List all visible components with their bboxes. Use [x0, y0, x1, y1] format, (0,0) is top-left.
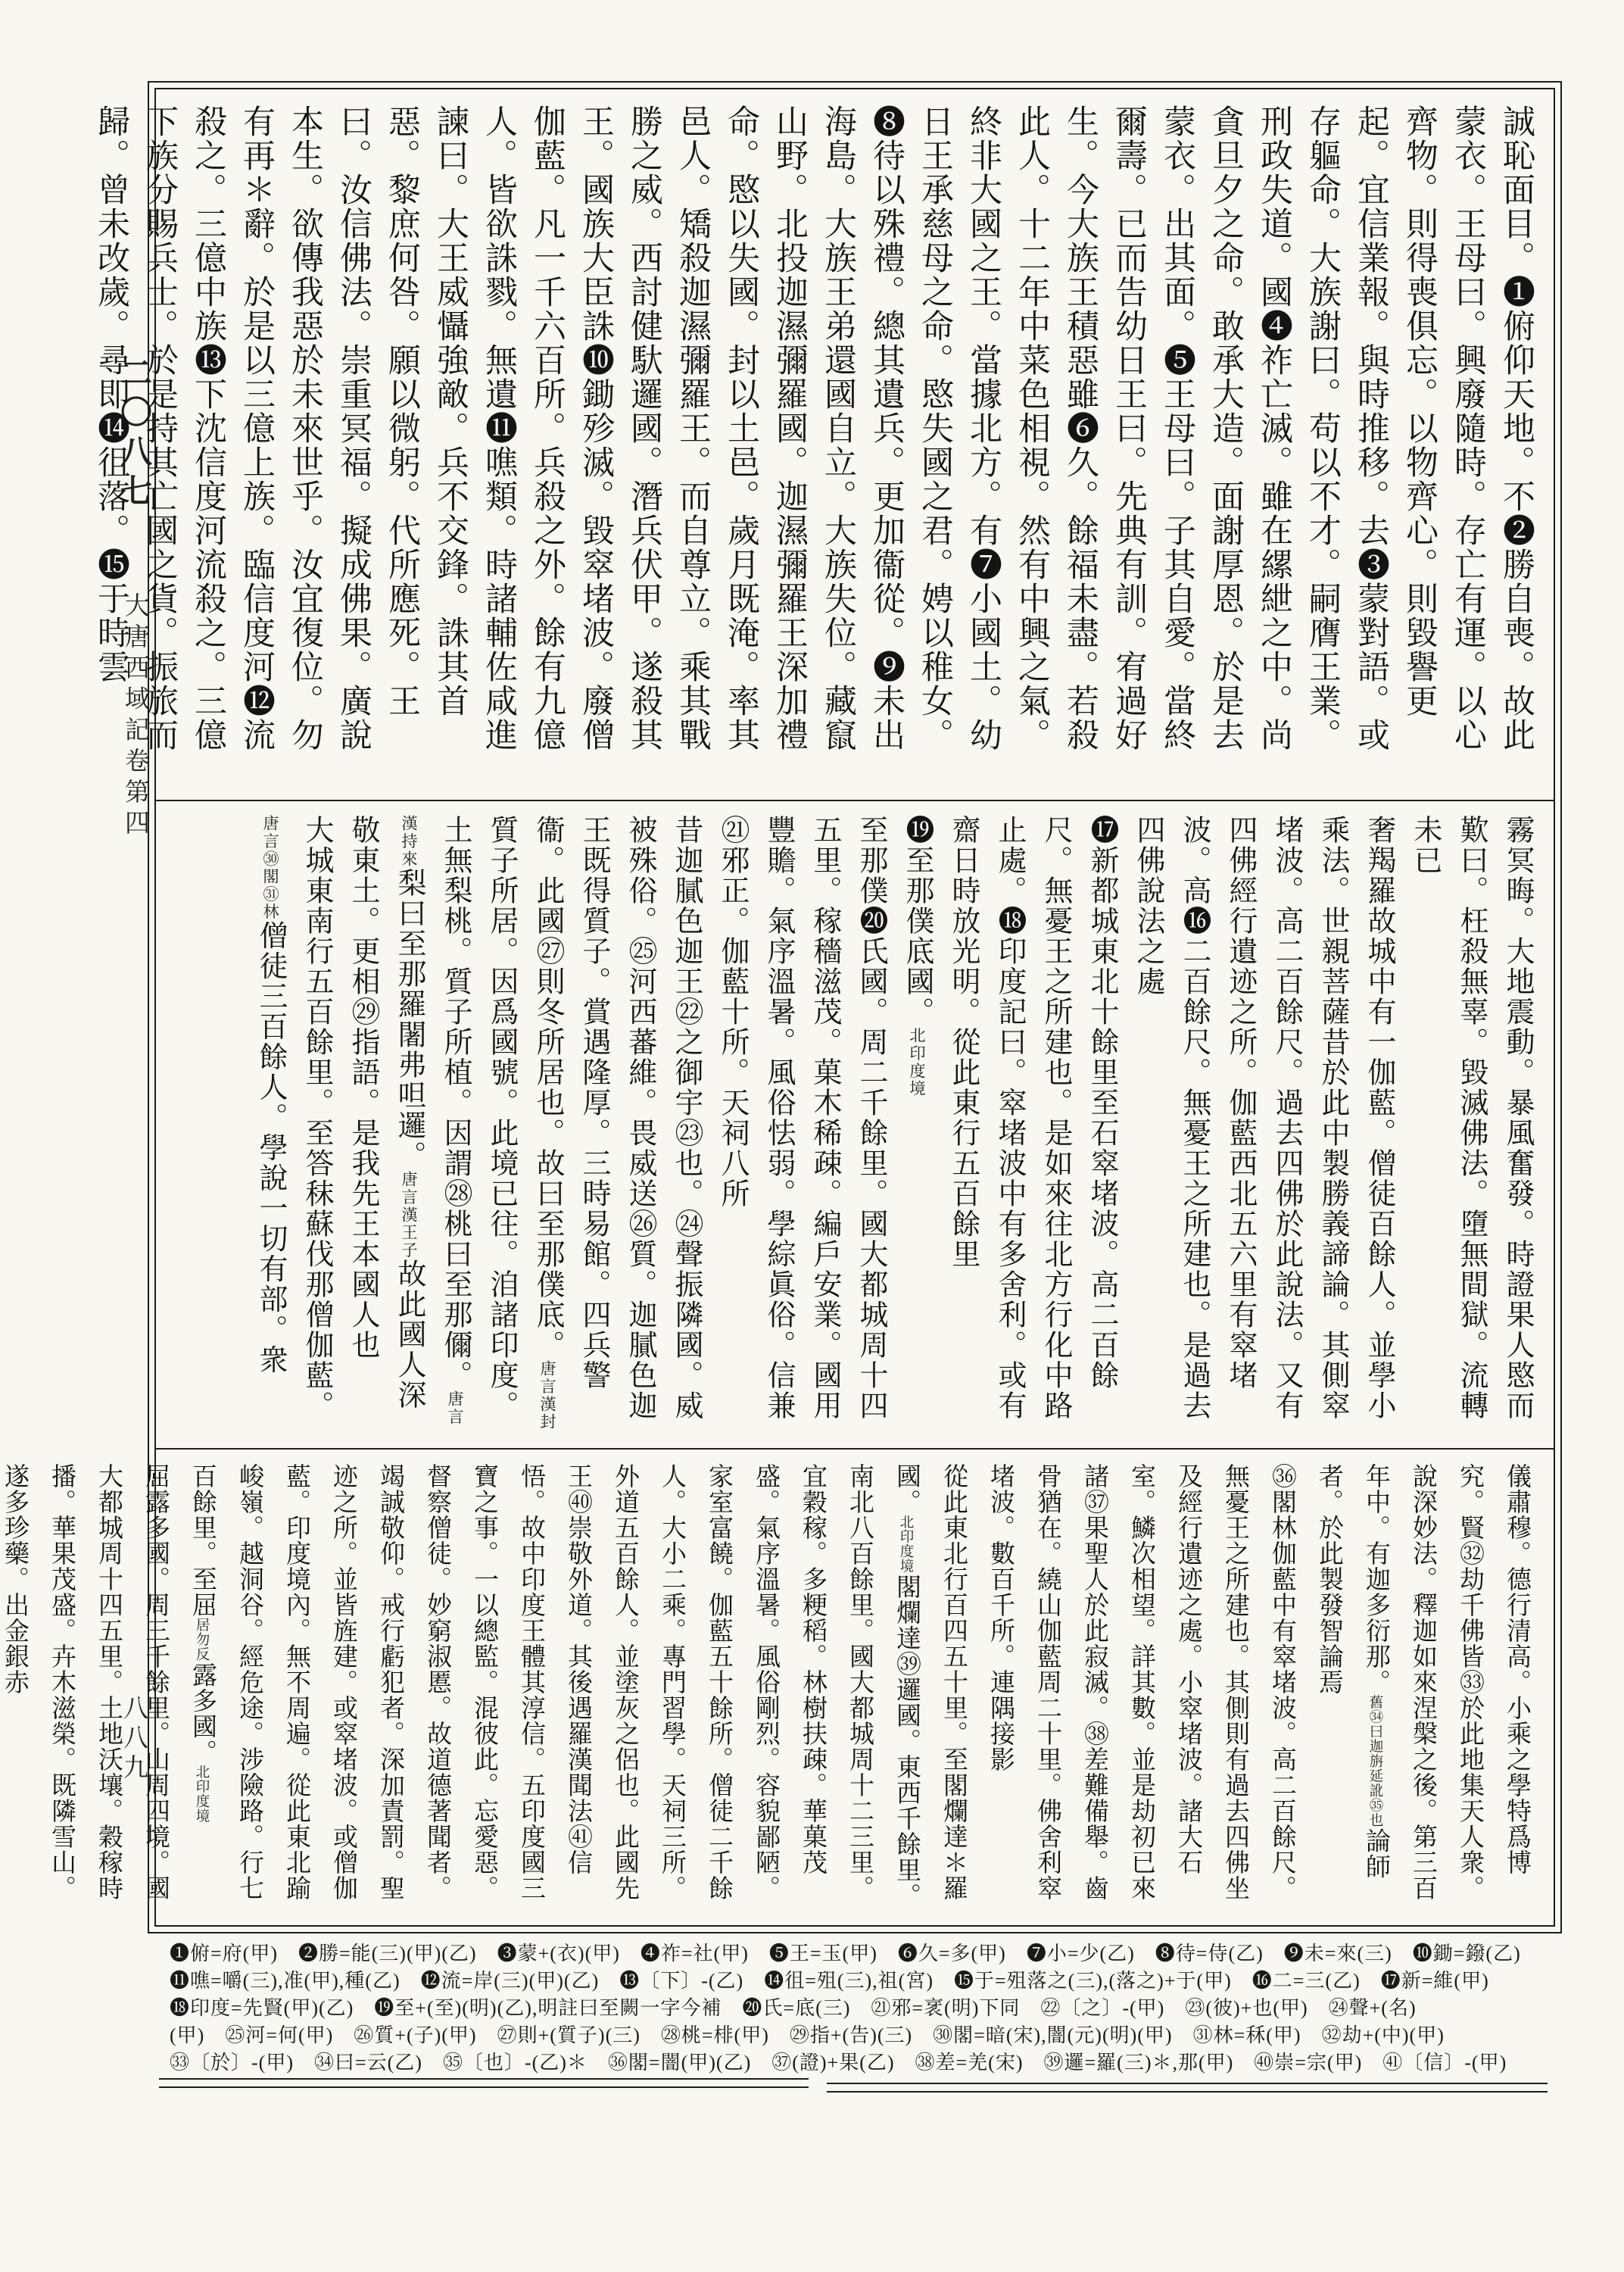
text-paragraph: ⓳至那僕底國。北印度境 — [893, 815, 940, 1434]
footnote-line: ⓲印度=先賢(甲)(乙) ⓳至+(至)(明)(乙),明註曰至闕一字今補 ⓴氏=底… — [170, 1995, 1548, 2022]
text-paragraph: 至那僕⓴氏國。周二千餘里。國大都城周十四五里。稼穡滋茂。菓木稀疎。編戶安業。國用… — [709, 815, 893, 1434]
text-paragraph: 大城東南行五百餘里。至答秣蘇伐那僧伽藍。唐言㉚閣㉛林僧徒三百餘人。學說一切有部。… — [247, 815, 339, 1434]
text-paragraph: 霧冥晦。大地震動。暴風奮發。時證果人愍而歎曰。枉殺無辜。毀滅佛法。墮無間獄。流轉… — [1401, 815, 1540, 1434]
text-paragraph: 昔迦膩色迦王㉒之御宇㉓也。㉔聲振隣國。威被殊俗。㉕河西蕃維。畏威送㉖質。迦膩色迦… — [339, 815, 709, 1434]
main-text: 誠恥面目。❶俯仰天地。不❷勝自喪。故此蒙衣。王母曰。興廢隨時。存亡有運。以心齊物… — [93, 105, 1534, 752]
main-text: 至那僕⓴氏國。周二千餘里。國大都城周十四五里。稼穡滋茂。菓木稀疎。編戶安業。國用… — [716, 815, 887, 1421]
text-paragraph: 儀肅穆。德行清高。小乘之學特爲博究。賢㉜劫千佛皆㉝於此地集天人衆。說深妙法。釋迦… — [1305, 1463, 1540, 1912]
text-paragraph: 奢羯羅故城中有一伽藍。僧徒百餘人。並學小乘法。世親菩薩昔於此中製勝義諦論。其側窣… — [1124, 815, 1401, 1434]
main-text: 屈露多國。周三千餘里。山周四境。國大都城周十四五里。土地沃壤。穀稼時播。華果茂盛… — [1, 1463, 169, 1901]
register-middle: 霧冥晦。大地震動。暴風奮發。時證果人愍而歎曰。枉殺無辜。毀滅佛法。墮無間獄。流轉… — [170, 815, 1540, 1434]
main-text: 閣爛達㊴邏國。東西千餘里。南北八百餘里。國大都城周十二三里。宜穀稼。多粳稻。林樹… — [189, 1463, 920, 1908]
main-text: ㊱閣林伽藍中有窣堵波。高二百餘尺。無憂王之所建也。其側則有過去四佛坐及經行遺迹之… — [987, 1463, 1295, 1901]
interlinear-note: 北印度境 — [899, 1515, 914, 1574]
main-text: 露多國。 — [189, 1662, 216, 1765]
bottom-rule — [827, 2083, 1548, 2093]
text-paragraph: 從此東北行百四五十里。至閣爛達＊羅國。北印度境閣爛達㊴邏國。東西千餘里。南北八百… — [179, 1463, 977, 1912]
footnotes: ❶俯=府(甲) ❷勝=能(三)(甲)(乙) ❸蒙+(衣)(甲) ❹祚=社(甲) … — [170, 1940, 1548, 2077]
main-text: ⓱新都城東北十餘里至石窣堵波。高二百餘尺。無憂王之所建也。是如來往北方行化中路止… — [947, 815, 1117, 1421]
interlinear-note: 唐言漢王子 — [400, 1171, 418, 1259]
text-frame: 誠恥面目。❶俯仰天地。不❷勝自喪。故此蒙衣。王母曰。興廢隨時。存亡有運。以心齊物… — [154, 88, 1555, 1927]
main-text: 昔迦膩色迦王㉒之御宇㉓也。㉔聲振隣國。威被殊俗。㉕河西蕃維。畏威送㉖質。迦膩色迦… — [531, 815, 702, 1421]
register-top: 誠恥面目。❶俯仰天地。不❷勝自喪。故此蒙衣。王母曰。興廢隨時。存亡有運。以心齊物… — [170, 105, 1540, 785]
text-paragraph: ㊱閣林伽藍中有窣堵波。高二百餘尺。無憂王之所建也。其側則有過去四佛坐及經行遺迹之… — [977, 1463, 1305, 1912]
interlinear-note: 居勿反 — [195, 1618, 210, 1662]
bottom-rule — [159, 2078, 809, 2088]
text-paragraph: 屈露多國。周三千餘里。山周四境。國大都城周十四五里。土地沃壤。穀稼時播。華果茂盛… — [0, 1463, 179, 1912]
register-bottom: 儀肅穆。德行清高。小乘之學特爲博究。賢㉜劫千佛皆㉝於此地集天人衆。說深妙法。釋迦… — [170, 1463, 1540, 1912]
main-text: 質子所居。因爲國號。此境已往。洎諸印度。土無梨桃。質子所植。因謂㉘桃曰至那儞。 — [439, 815, 517, 1421]
main-text: ⓳至那僕底國。 — [901, 815, 933, 1027]
footnote-line: ㉝〔於〕-(甲) ㉞曰=云(乙) ㉟〔也〕-(乙)＊ ㊱閣=闇(甲)(乙) ㊲(… — [170, 2049, 1548, 2077]
main-text: 僧徒三百餘人。學說一切有部。衆 — [254, 921, 286, 1375]
text-paragraph: ⓱新都城東北十餘里至石窣堵波。高二百餘尺。無憂王之所建也。是如來往北方行化中路止… — [940, 815, 1124, 1434]
interlinear-note: 舊㉞曰迦旃延訛㉟也 — [1368, 1695, 1383, 1827]
footnote-line: ⓫噍=嚼(三),准(甲),種(乙) ⓬流=岸(三)(甲)(乙) ⓭〔下〕-(乙)… — [170, 1968, 1548, 1995]
main-text: 大城東南行五百餘里。至答秣蘇伐那僧伽藍。 — [301, 815, 332, 1421]
register-divider — [156, 800, 1554, 801]
interlinear-note: 唐言漢封 — [538, 1360, 556, 1431]
footnote-line: ❶俯=府(甲) ❷勝=能(三)(甲)(乙) ❸蒙+(衣)(甲) ❹祚=社(甲) … — [170, 1940, 1548, 1968]
main-text: 霧冥晦。大地震動。暴風奮發。時證果人愍而歎曰。枉殺無辜。毀滅佛法。墮無間獄。流轉… — [1409, 815, 1533, 1421]
footnote-line: (甲) ㉕河=何(甲) ㉖質+(子)(甲) ㉗則+(質子)(三) ㉘桃=棑(甲)… — [170, 2022, 1548, 2049]
main-text: 奢羯羅故城中有一伽藍。僧徒百餘人。並學小乘法。世親菩薩昔於此中製勝義諦論。其側窣… — [1132, 815, 1395, 1421]
taisho-canon-page: { "page": { "series_number": "二〇八七", "wo… — [0, 0, 1624, 2272]
interlinear-note: 北印度境 — [908, 1027, 926, 1097]
interlinear-note: 唐言㉚閣㉛林 — [261, 815, 279, 921]
register-divider — [156, 1448, 1554, 1450]
main-text: 梨曰至那羅闍弗呾邏。 — [393, 868, 425, 1171]
text-paragraph: 誠恥面目。❶俯仰天地。不❷勝自喪。故此蒙衣。王母曰。興廢隨時。存亡有運。以心齊物… — [86, 105, 1540, 785]
interlinear-note: 北印度境 — [195, 1765, 210, 1824]
